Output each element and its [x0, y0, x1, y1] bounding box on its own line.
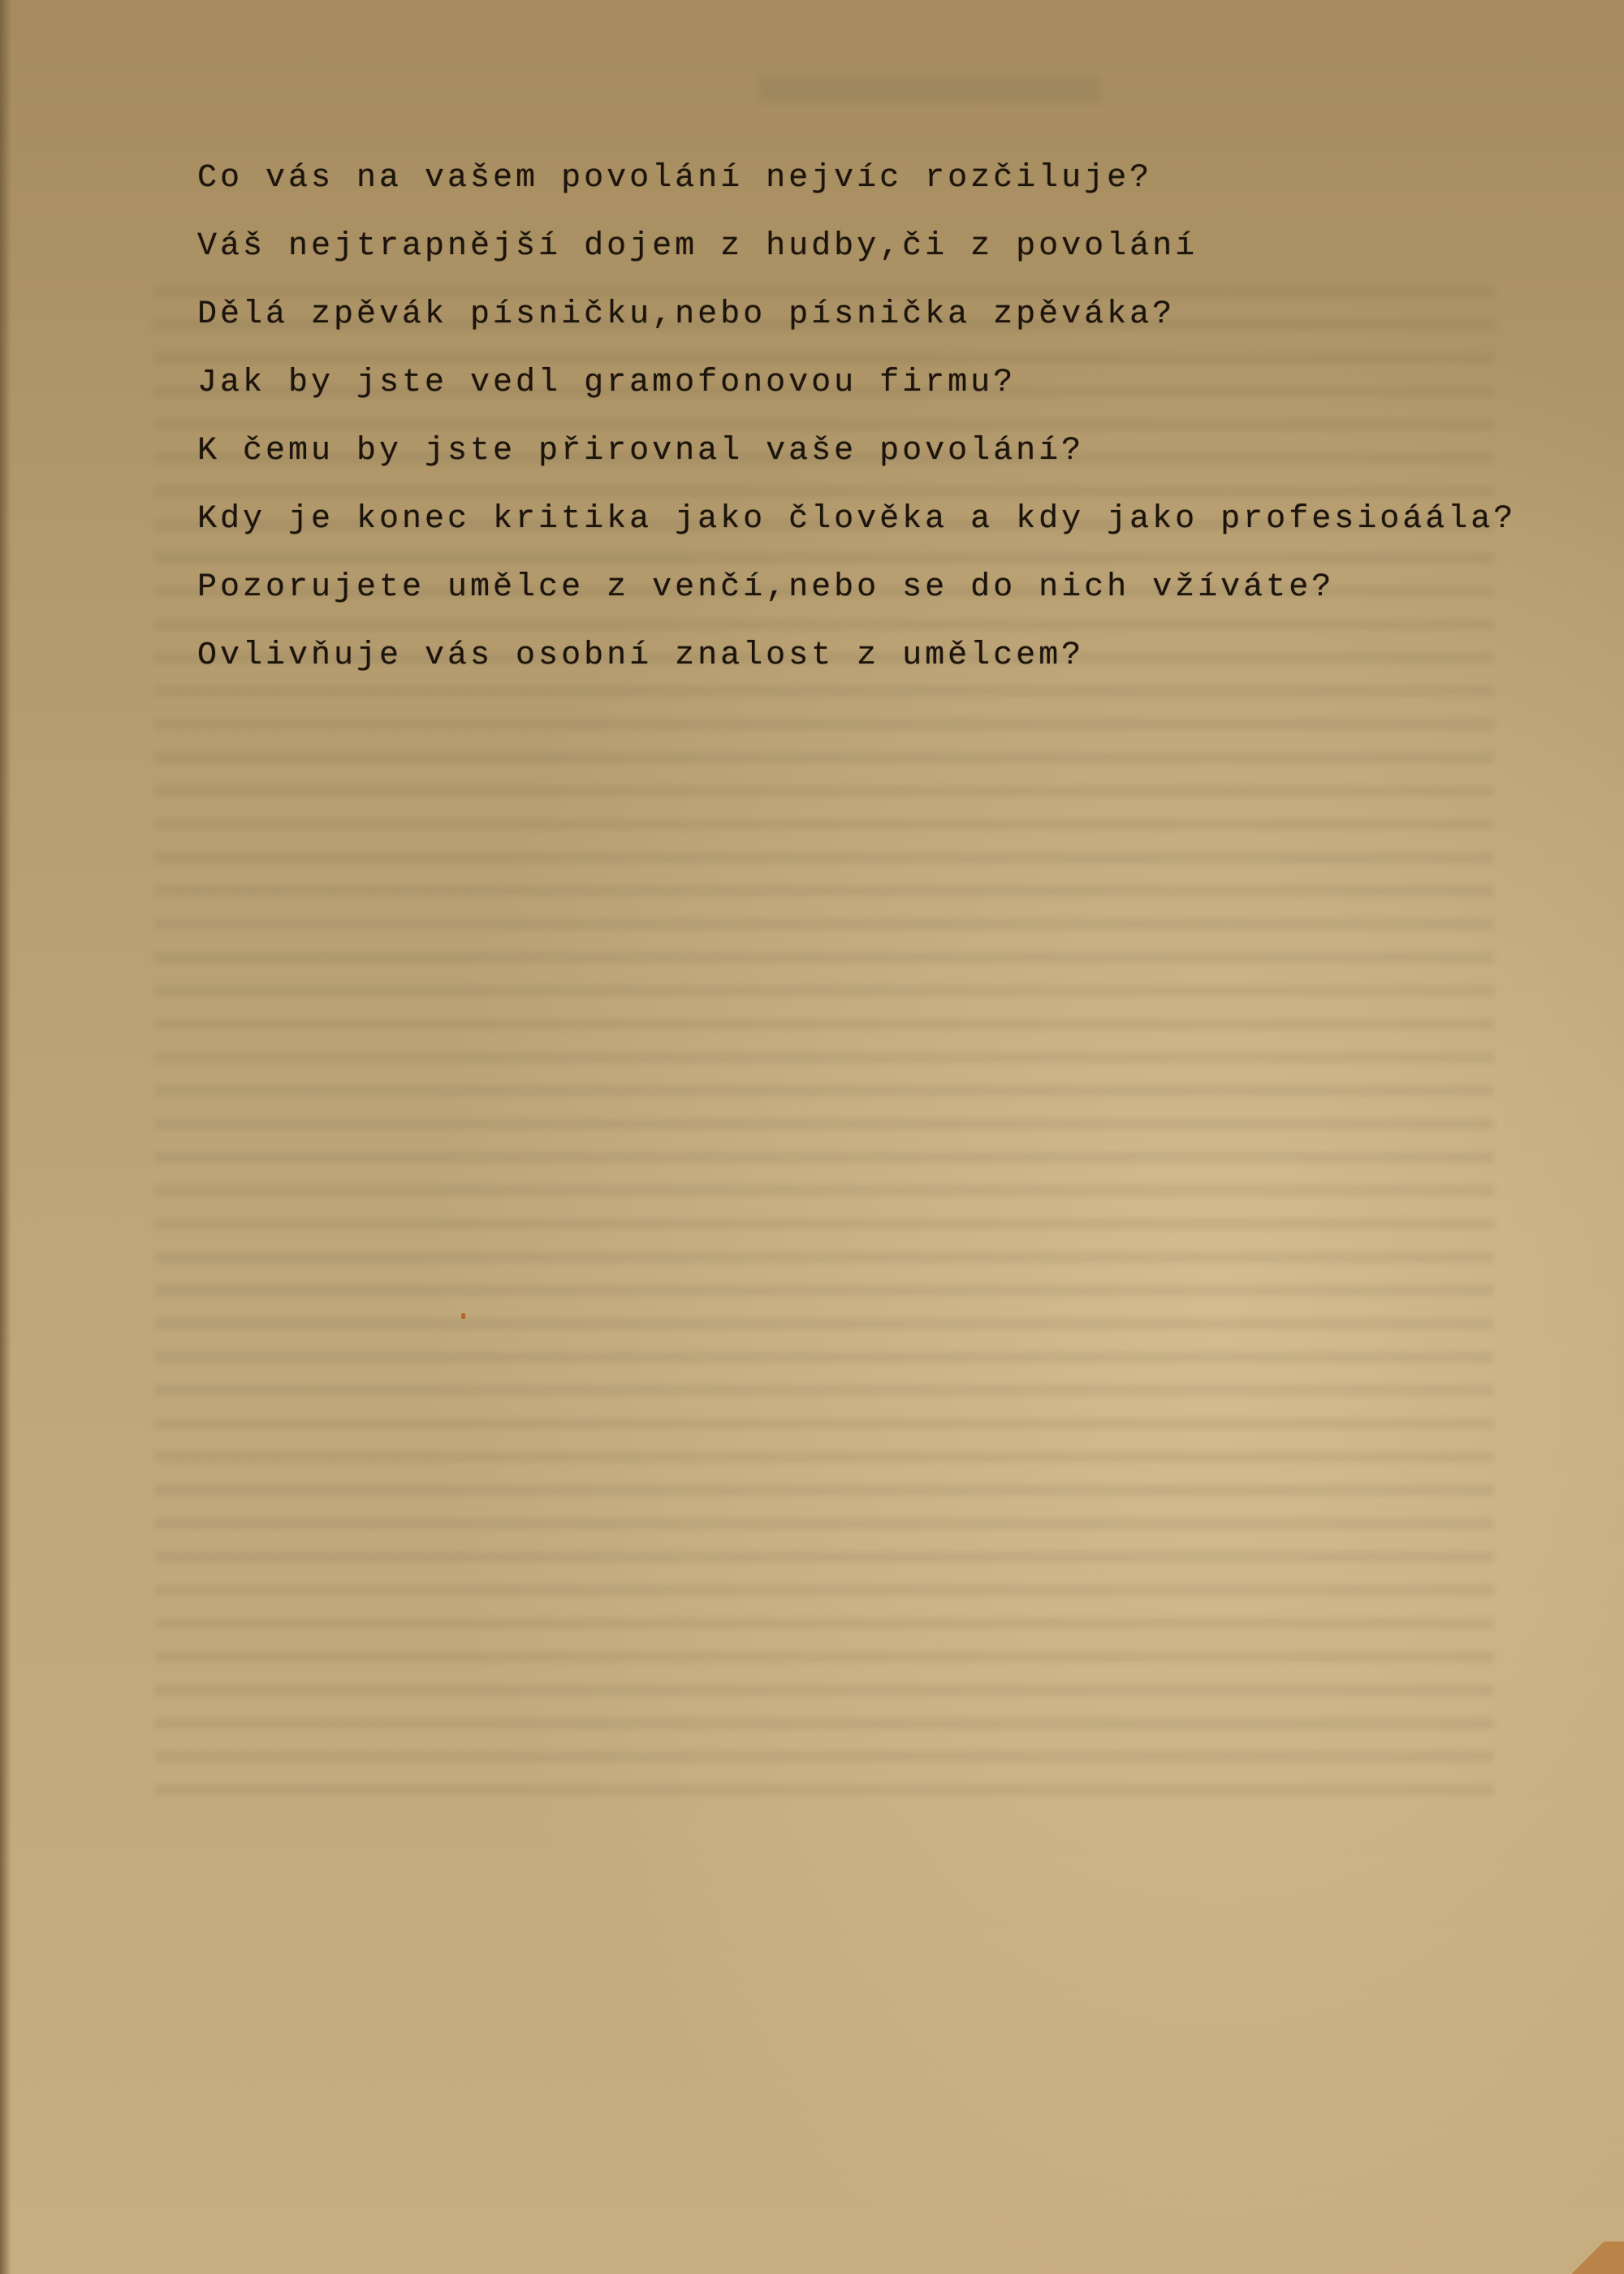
question-line: K čemu by jste přirovnal vaše povolání?: [197, 427, 1516, 495]
question-line: Kdy je konec kritika jako člověka a kdy …: [197, 495, 1516, 564]
question-line: Pozorujete umělce z venčí,nebo se do nic…: [197, 564, 1516, 632]
paper-speck: [461, 1313, 465, 1319]
question-line: Dělá zpěvák písničku,nebo písnička zpěvá…: [197, 291, 1516, 359]
question-line: Váš nejtrapnější dojem z hudby,či z povo…: [197, 223, 1516, 291]
page-edge-shadow: [0, 0, 11, 2274]
question-list: Co vás na vašem povolání nejvíc rozčiluj…: [197, 154, 1516, 700]
question-line: Ovlivňuje vás osobní znalost z umělcem?: [197, 632, 1516, 700]
question-line: Co vás na vašem povolání nejvíc rozčiluj…: [197, 154, 1516, 223]
reverse-side-header-showthrough: [759, 77, 1100, 102]
paper-page: Co vás na vašem povolání nejvíc rozčiluj…: [0, 0, 1624, 2274]
question-line: Jak by jste vedl gramofonovou firmu?: [197, 359, 1516, 427]
background-corner: [1551, 2242, 1624, 2274]
